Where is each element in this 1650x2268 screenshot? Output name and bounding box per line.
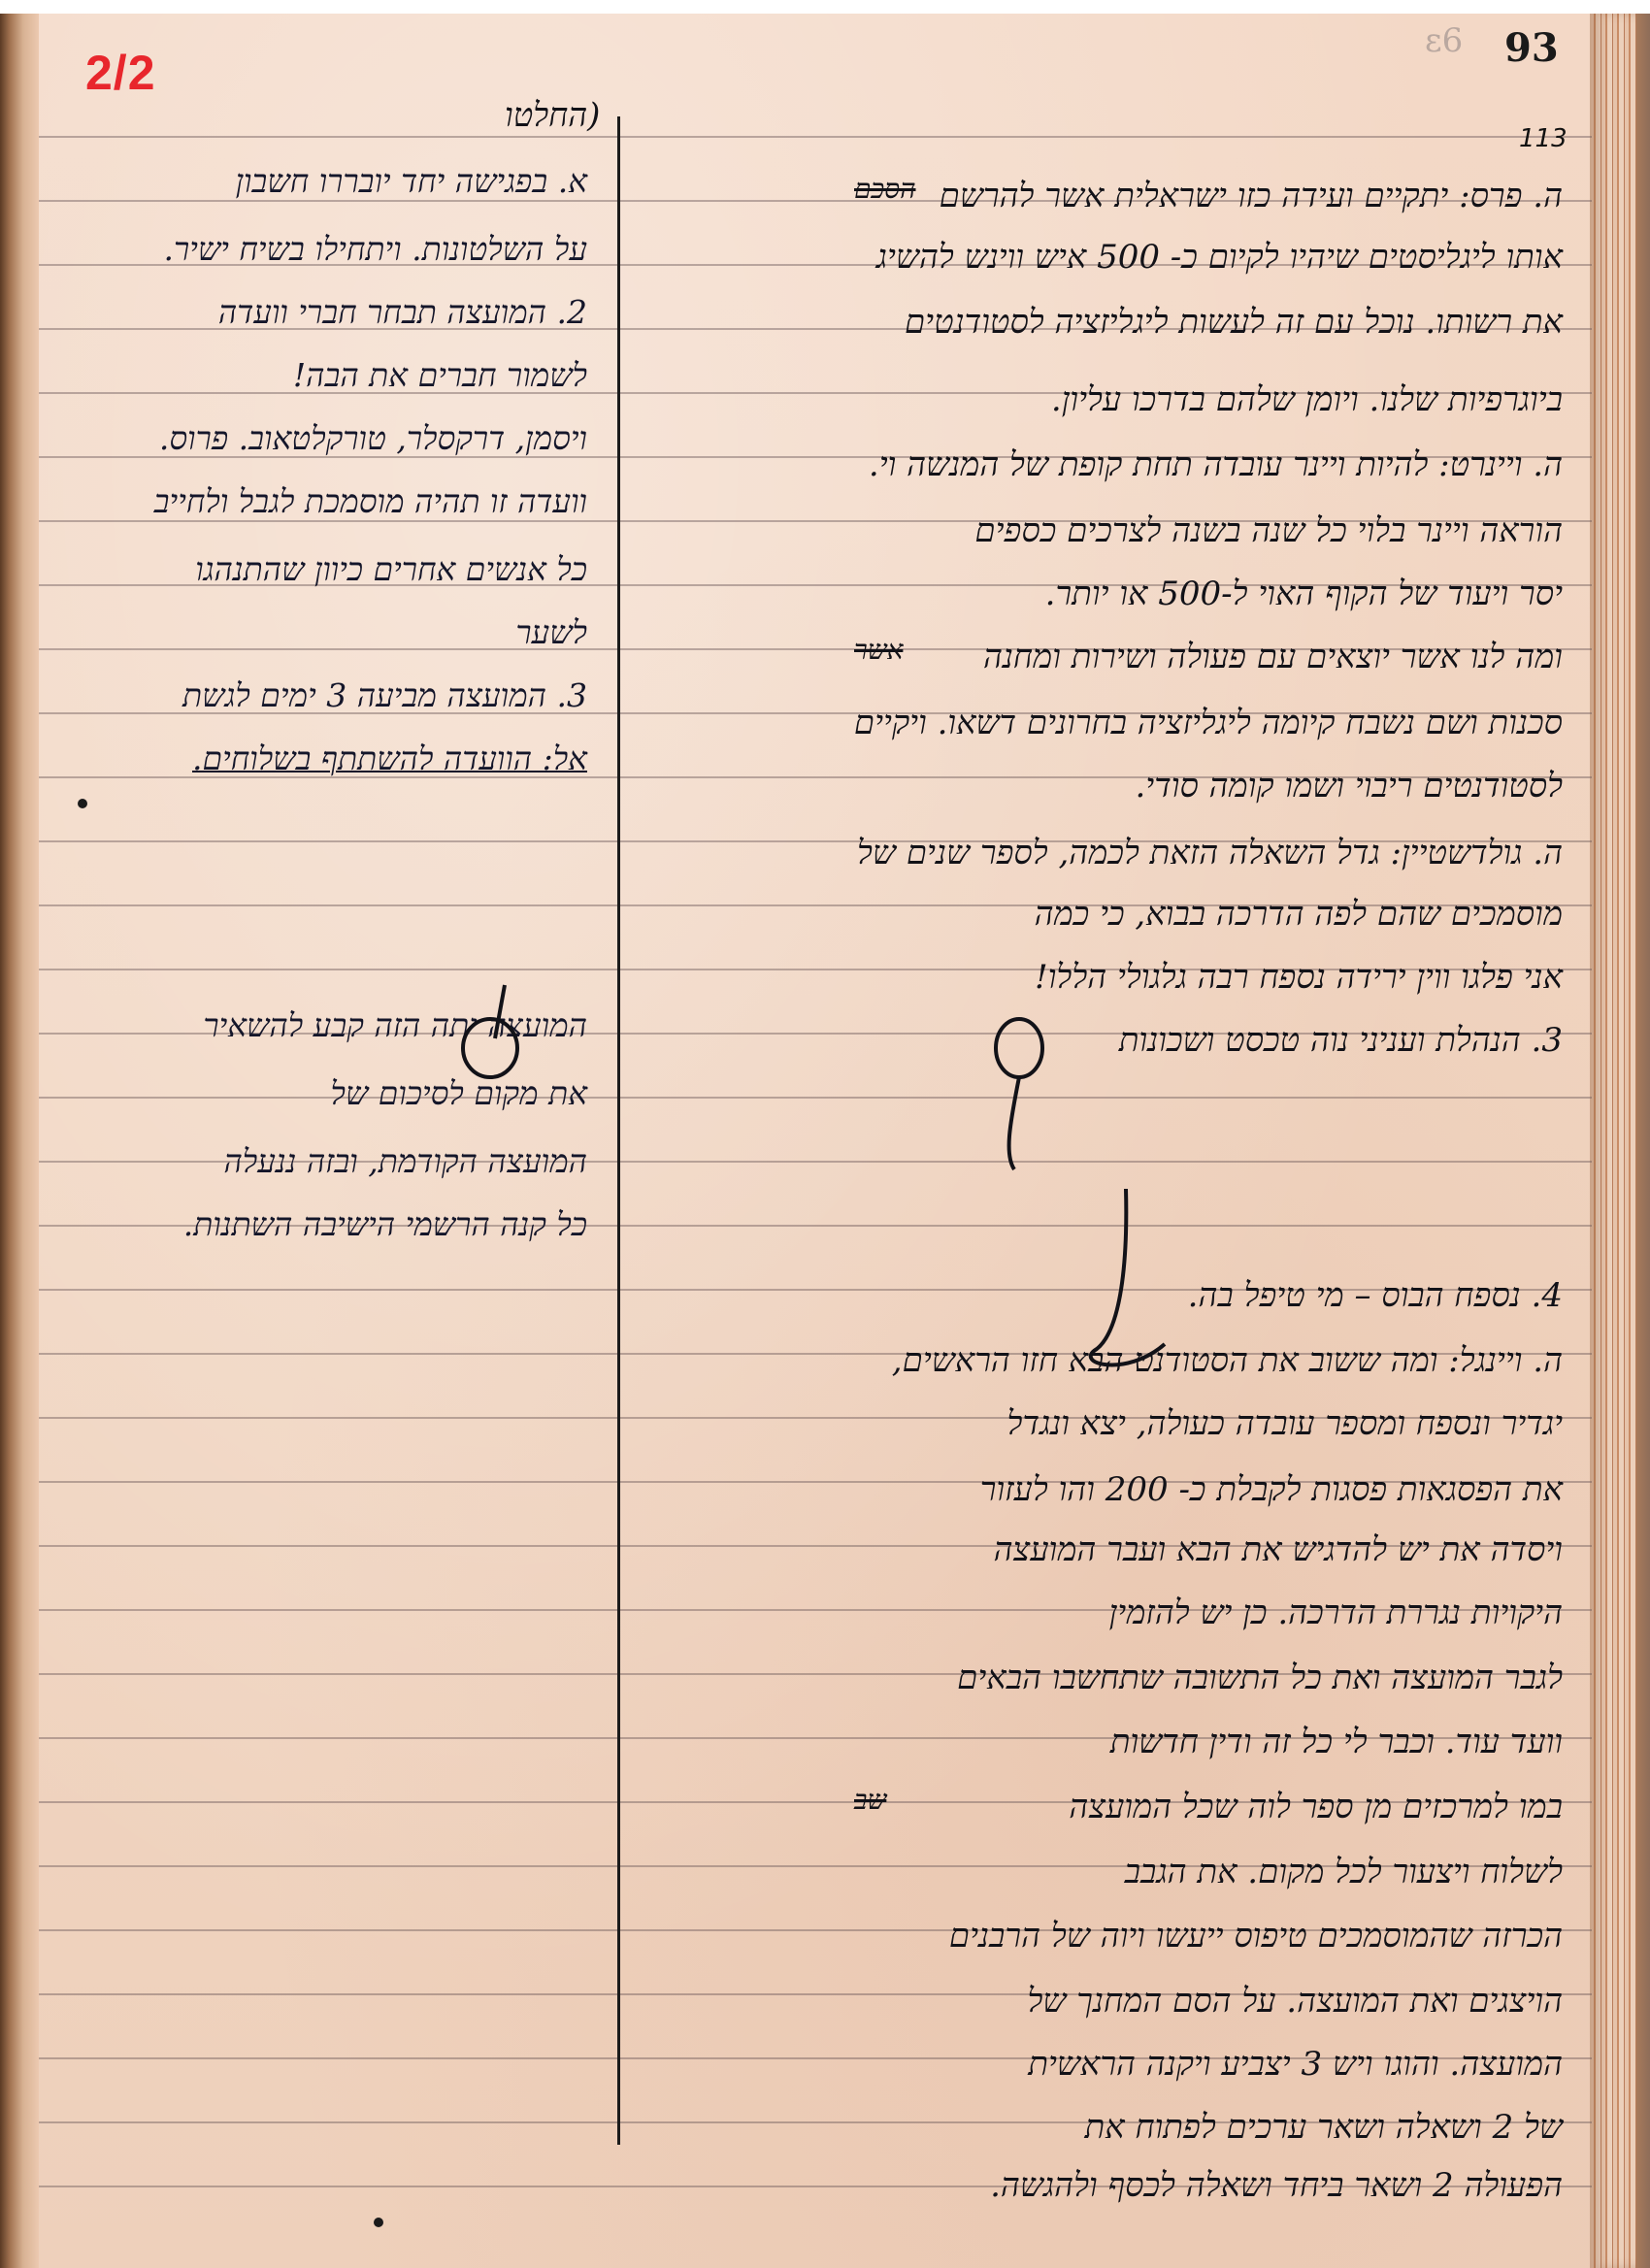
margin-line: 2. המועצה תבחר חברי וועדה xyxy=(218,296,587,328)
ink-dot xyxy=(78,799,87,808)
minutes-line: את הפסגאות פסגות לקבלת כ- 200 והו לעזור xyxy=(980,1473,1563,1506)
minutes-line: לשלוח ויצעור לכל מקום. את הגבב xyxy=(1125,1856,1563,1889)
minutes-line: וועד עוד. וכבר לי כל זה ודין חדשות xyxy=(1110,1726,1563,1759)
minutes-line: של 2 ושאלה ושאר ערכים לפתוח את xyxy=(1085,2111,1563,2144)
minutes-line: ה. ויינגל: ומה ששוב את הסטודנט הבא חזו ה… xyxy=(892,1344,1563,1377)
minutes-line: את רשותו. נוכל עם זה לעשות ליגליזציה לסט… xyxy=(905,306,1563,339)
ink-flourish xyxy=(1068,1184,1174,1388)
column-divider xyxy=(617,116,620,2145)
minutes-line: ויסדה את יש להדגיש את הבא ועבר המועצה xyxy=(994,1533,1563,1566)
minutes-line: לסטודנטים ריבוי ושמו קומה סודי. xyxy=(1135,770,1563,803)
margin-note-line: כל קנה הרשמי הישיבה השתנות. xyxy=(183,1208,587,1240)
minutes-line: אותו ליגליסטים שיהיו לקיום כ- 500 איש וו… xyxy=(876,241,1563,274)
struck-word: שב xyxy=(854,1787,886,1814)
minutes-line: לגבר המועצה ואת כל התשובה שתחשבו הבאים xyxy=(957,1661,1563,1694)
minutes-line: ביוגרפיות שלנו. ויומן שלהם בדרכו עליון. xyxy=(1051,383,1563,416)
margin-line: לשמור חברים את הבה! xyxy=(293,359,587,391)
minutes-line: ה. פרס: יתקיים ועידה כזו ישראלית אשר להר… xyxy=(940,180,1563,213)
margin-heading: (החלטו xyxy=(505,99,600,132)
minutes-line: 4. נספח הבוס – מי טיפל בה. xyxy=(1188,1279,1563,1312)
minutes-line: היקויות נגררת הדרכה. כן יש להזמין xyxy=(1109,1596,1563,1629)
margin-line: אל: הוועדה להשתתף בשלוחים. xyxy=(192,742,587,774)
page-label: 2/2 xyxy=(85,45,156,101)
minutes-line: ומה לנו אשר יוצאים עם פעולה ושירות ומחנה xyxy=(983,641,1563,674)
ink-flourish xyxy=(980,1009,1058,1174)
minutes-line: ה. ויינרט: להיות ויינר עובדה תחת קופת של… xyxy=(869,448,1563,481)
margin-line: כל אנשים אחרים כיוון שהתנהגו xyxy=(195,553,587,585)
minutes-line: אני פלגו ווין ירידה נספח רבה גלגולי הללו… xyxy=(1035,961,1563,994)
minutes-line: 3. הנהלת ועניני נוה טכסט ושכונות xyxy=(1119,1024,1563,1057)
minutes-line: הכרזה שהמוסמכים טיפוס ייעשו ויוה של הרבנ… xyxy=(949,1920,1563,1953)
minutes-line: יסר ויעוד של הקוף האוי ל-500 או יותר. xyxy=(1045,577,1563,610)
ink-flourish xyxy=(456,980,534,1097)
minutes-line: במו למרכזים מן ספר לוה שכל המועצה xyxy=(1069,1791,1563,1824)
page-reference: 113 xyxy=(1519,124,1567,153)
minutes-line: הפעולה 2 ושאר ביחד ושאלה לכסף ולהגשה. xyxy=(990,2169,1563,2202)
minutes-line: המועצה. והוגו ויש 3 יצביע ויקנה הראשית xyxy=(1028,2048,1563,2081)
minutes-line: הויצגים ואת המועצה. על הסם המחנך של xyxy=(1027,1985,1563,2018)
ink-dot xyxy=(374,2218,383,2227)
margin-line: ויסמן, דרקסלר, טורקלטאוב. פרוס. xyxy=(159,422,587,454)
ruled-line xyxy=(39,1097,1592,1099)
page-stack-edge xyxy=(1590,14,1650,2268)
margin-line: לשער xyxy=(515,616,587,648)
struck-word: הסכם xyxy=(854,176,916,203)
margin-line: 3. המועצה מביעה 3 ימים לגשת xyxy=(182,679,587,711)
minutes-line: ה. גולדשטיין: גדל השאלה הזאת לכמה, לספר … xyxy=(857,837,1563,870)
margin-line: וועדה זו תהיה מוסמכת לגבל ולחייב xyxy=(154,485,587,517)
margin-note-line: המועצה הקודמת, ובזה ננעלה xyxy=(223,1145,587,1177)
margin-line: א. בפגישה יחד יובררו חשבון xyxy=(236,165,587,197)
binding-edge xyxy=(0,14,39,2268)
faint-stamp: ε6 xyxy=(1425,21,1463,60)
minutes-line: יגדיר ונספח ומספר עובדה כעולה, יצא ונגדל xyxy=(1007,1407,1563,1440)
ruled-line xyxy=(39,136,1592,138)
minutes-line: הוראה ויינר בלוי כל שנה בשנה לצרכים כספי… xyxy=(974,514,1563,547)
page-number: 93 xyxy=(1504,25,1559,71)
minutes-line: סכנות ושם נשבח קיומה ליגליזציה בחרונים ד… xyxy=(854,707,1563,740)
minutes-line: מוסמכים שהם לפה הדרכה בבוא, כי כמה xyxy=(1035,898,1563,931)
margin-line: על השלטונות. ויתחילו בשיח ישיר. xyxy=(164,233,587,265)
struck-word: אשר xyxy=(854,637,903,664)
